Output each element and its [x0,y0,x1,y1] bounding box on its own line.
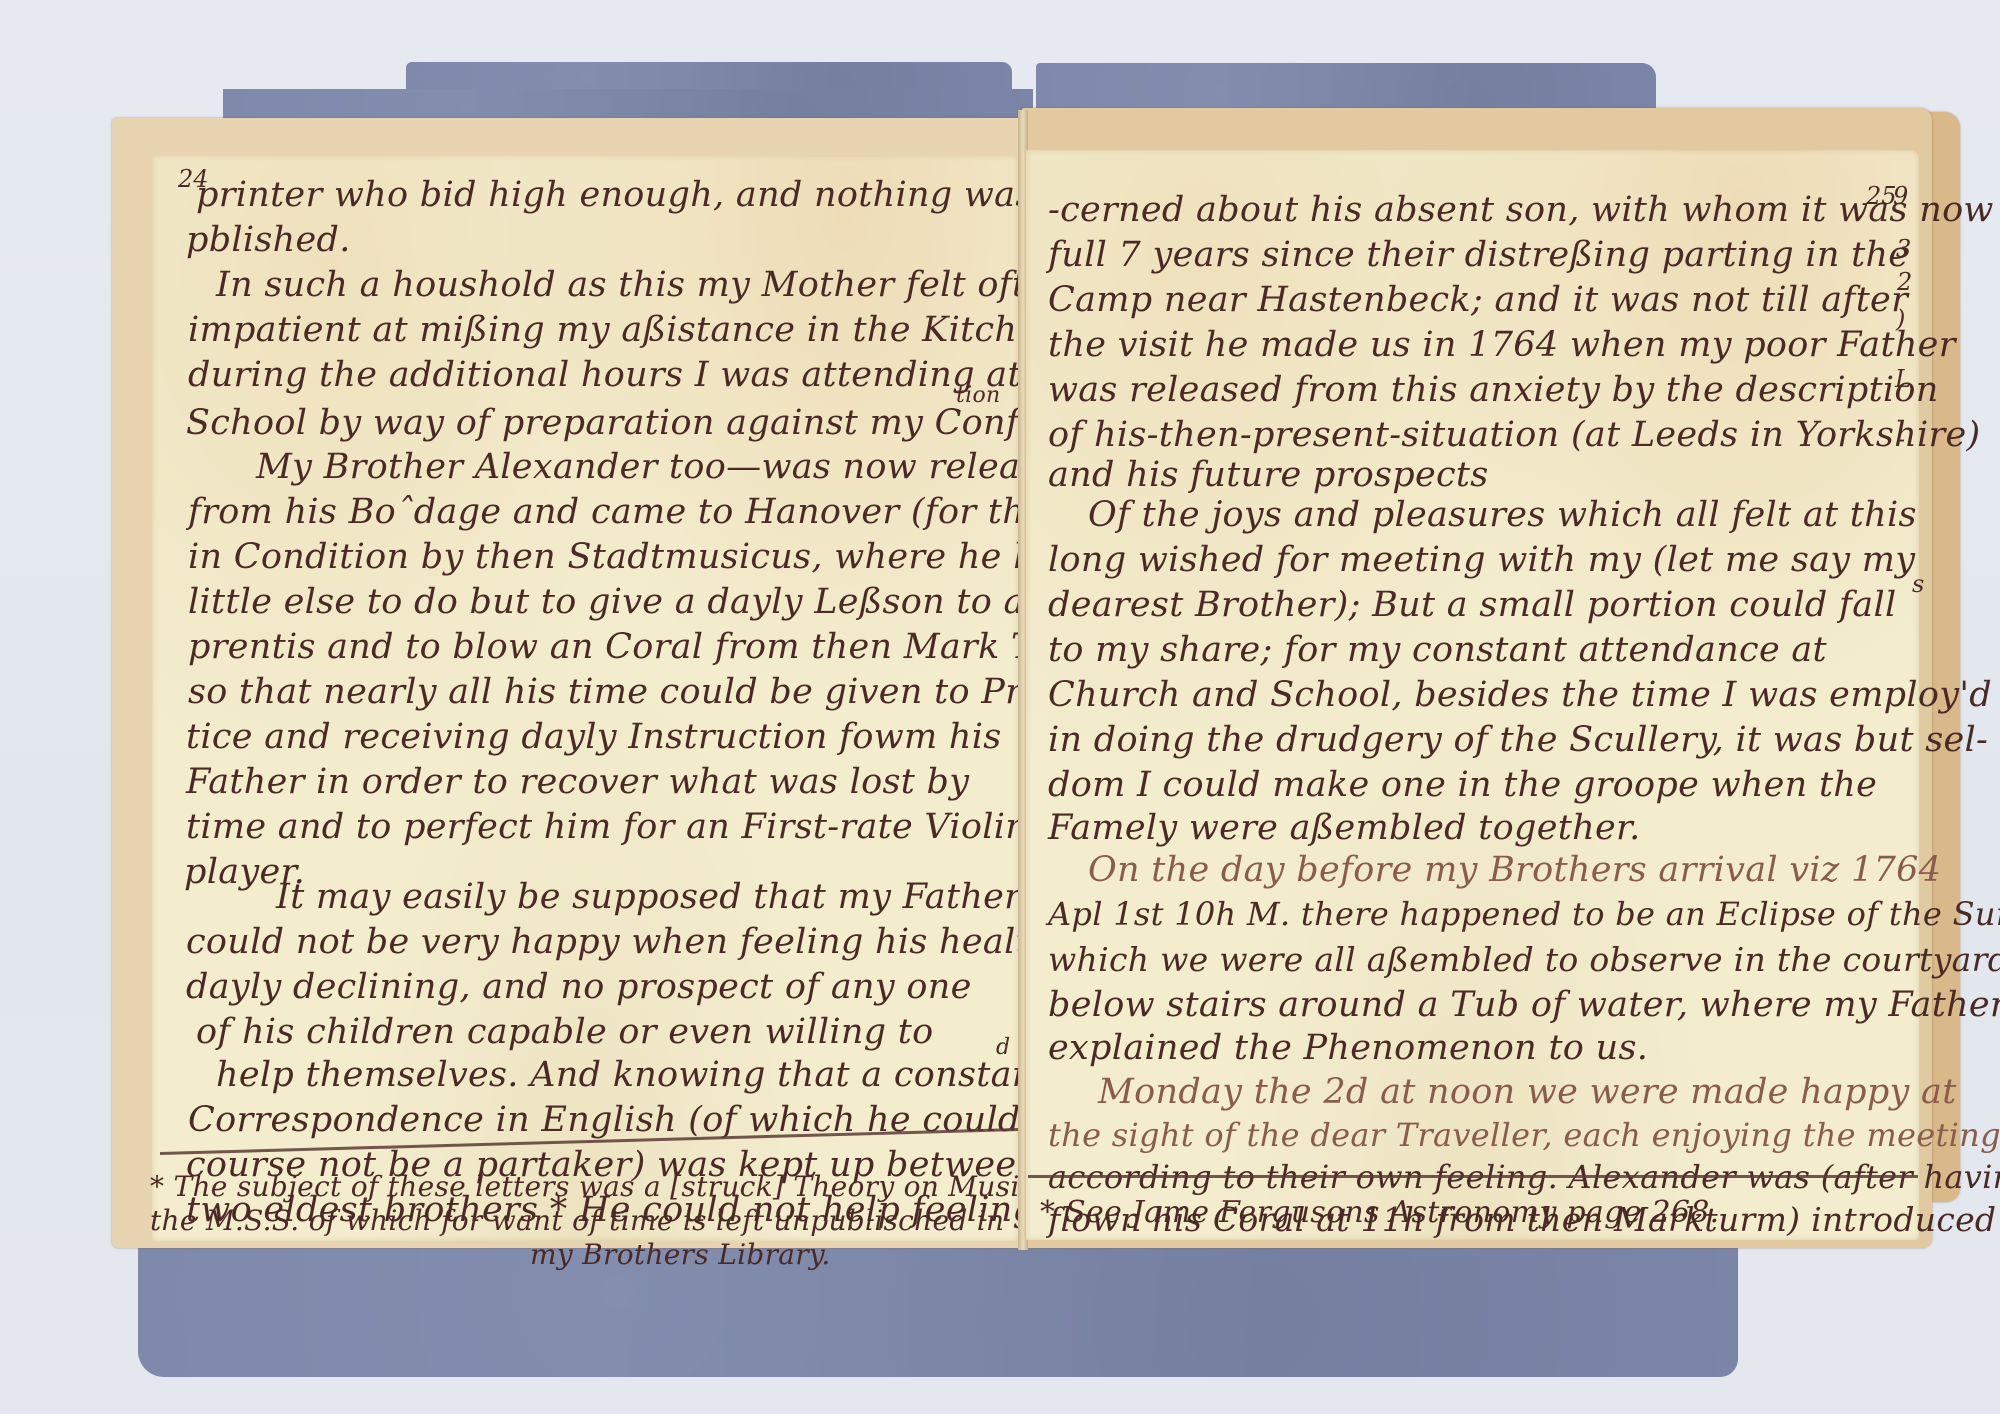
text-line: -cerned about his absent son, with whom … [1048,190,1994,230]
edge-mark: - [1897,425,1905,453]
text-line: during the additional hours I was attend… [188,355,1022,395]
blue-cover-bottom [138,1235,1738,1377]
text-line: was released from this anxiety by the de… [1048,370,1939,410]
text-line: of his children capable or even willing … [196,1012,934,1052]
interlinear-note: tion [956,383,1001,408]
footnote-rule-right [1028,1175,1918,1178]
text-line: in Condition by then Stadtmusicus, where… [188,537,1080,577]
footnote-line: my Brothers Library. [530,1238,831,1271]
text-line: help themselves. And knowing that a cons… [216,1055,1035,1095]
text-line: dayly declining, and no prospect of any … [186,967,972,1007]
text-line: could not be very happy when feeling his… [186,922,1053,962]
footnote-line: * See Jame Fergusons Astronomy page 268. [1040,1195,1720,1230]
edge-mark: L [1895,365,1911,393]
text-line: Church and School, besides the time I wa… [1048,675,1992,715]
text-line: Apl 1st 10h M. there happened to be an E… [1048,895,2000,933]
text-line: dom I could make one in the groope when … [1048,765,1877,805]
text-line: explained the Phenomenon to us. [1048,1028,1648,1068]
text-line: Camp near Hastenbeck; and it was not til… [1048,280,1908,320]
interlinear-note: d [996,1035,1010,1060]
text-line: School by way of preparation against my … [186,403,1114,443]
text-line: prentis and to blow an Coral from then M… [188,627,1120,667]
text-line: Famely were aßembled together. [1048,808,1641,848]
left-page: 24 printer who bid high enough, and noth… [152,155,1018,1241]
edge-mark: s [1912,570,1924,598]
text-line: the visit he made us in 1764 when my poo… [1048,325,1956,365]
text-line: On the day before my Brothers arrival vi… [1088,850,1941,890]
text-line: little else to do but to give a dayly Le… [188,582,1119,622]
text-line: in doing the drudgery of the Scullery, i… [1048,720,1988,760]
text-line: and his future prospects [1048,455,1489,495]
text-line: printer who bid high enough, and nothing… [196,175,1034,215]
text-line: below stairs around a Tub of water, wher… [1048,985,2000,1025]
text-line: of his-then-present-situation (at Leeds … [1048,415,1980,455]
text-line: time and to perfect him for an First-rat… [186,807,1028,847]
text-line: the sight of the dear Traveller, each en… [1048,1116,2000,1154]
text-line: My Brother Alexander too—was now release… [256,447,1082,487]
text-line: to my share; for my constant attendance … [1048,630,1827,670]
text-line: tice and receiving dayly Instruction fow… [186,717,1002,757]
text-line: impatient at mißing my aßistance in the … [188,310,1061,350]
text-line: Of the joys and pleasures which all felt… [1088,495,1917,535]
text-line: It may easily be supposed that my Father [276,877,1021,917]
footnote-line: the M.S.S. of which for want of time is … [150,1204,1004,1237]
footnote-line: * The subject of these letters was a [st… [150,1170,1036,1203]
edge-mark: 2 [1897,268,1912,296]
right-page-body: -cerned about his absent son, with whom … [1048,150,1908,1240]
text-line: long wished for meeting with my (let me … [1048,540,1915,580]
text-line: Monday the 2d at noon we were made happy… [1098,1072,1957,1112]
text-line: Father in order to recover what was lost… [186,762,969,802]
left-page-body: printer who bid high enough, and nothing… [196,155,1016,1241]
text-line: pblished. [186,220,351,260]
edge-mark: 3 [1896,235,1911,263]
edge-mark: ) [1896,305,1905,333]
text-line: Correspondence in English (of which he c… [188,1100,1067,1140]
edge-mark: 9 [1893,182,1908,210]
text-line: which we were all aßembled to observe in… [1048,940,2000,979]
text-line: In such a houshold as this my Mother fel… [216,265,1088,305]
text-line: so that nearly all his time could be giv… [188,672,1075,712]
text-line: full 7 years since their distreßing part… [1048,235,1909,275]
text-line: dearest Brother); But a small portion co… [1048,585,1896,625]
right-page: 25 -cerned about his absent son, with wh… [1026,150,1919,1240]
